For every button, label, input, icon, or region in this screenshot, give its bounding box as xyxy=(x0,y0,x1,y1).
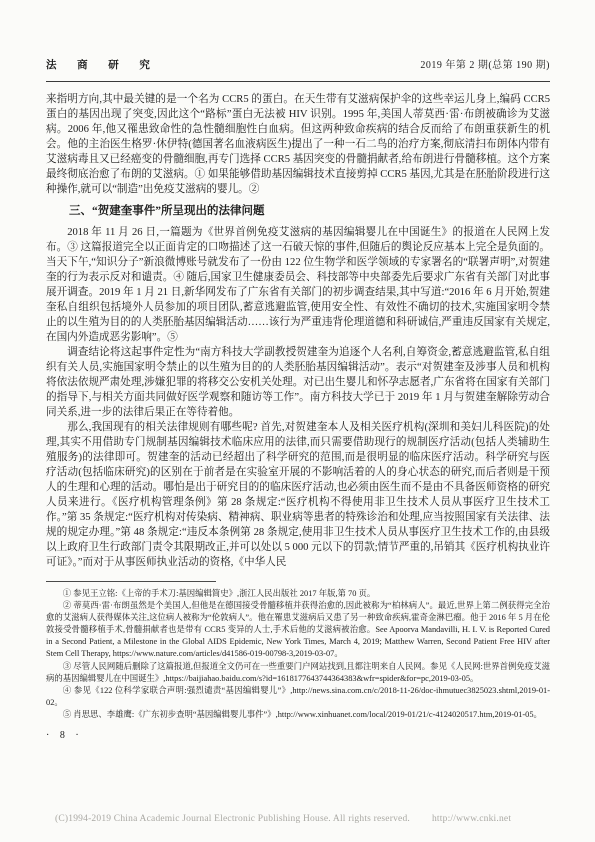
issue-info: 2019 年第 2 期(总第 190 期) xyxy=(420,56,550,71)
journal-title: 法 商 研 究 xyxy=(46,57,159,72)
body-paragraph: 2018 年 11 月 26 日,一篇题为《世界首例免疫艾滋病的基因编辑婴儿在中… xyxy=(46,225,550,345)
footnote: ⑤ 肖思思、李雄鹰:《广东初步查明“基因编辑婴儿事件”》,http://www.… xyxy=(46,709,550,721)
copyright-line: (C)1994-2019 China Academic Journal Elec… xyxy=(55,814,511,824)
body-paragraph: 调查结论将这起事件定性为“南方科技大学副教授贺建奎为追逐个人名利,自筹资金,蓄意… xyxy=(46,345,550,420)
footnote: ④ 参见《122 位科学家联合声明:强烈谴责“基因编辑婴儿”》,http://n… xyxy=(46,685,550,709)
footnote: ② 蒂莫西·雷·布朗虽然是个美国人,但他是在德国接受骨髓移植并获得治愈的,因此被… xyxy=(46,600,550,660)
body-paragraph-continuation: 来指明方向,其中最关键的是一个名为 CCR5 的蛋白。在天生带有艾滋病保护伞的这… xyxy=(46,92,550,197)
footnote-separator xyxy=(46,581,216,582)
page-header: 法 商 研 究 2019 年第 2 期(总第 190 期) xyxy=(46,56,550,72)
journal-page: 法 商 研 究 2019 年第 2 期(总第 190 期) 来指明方向,其中最关… xyxy=(0,0,595,842)
section-heading: 三、“贺建奎事件”所呈现出的法律问题 xyxy=(46,204,550,219)
footnote: ① 参见王立铭:《上帝的手术刀:基因编辑简史》,浙江人民出版社 2017 年版,… xyxy=(46,588,550,600)
page-number: · 8 · xyxy=(46,730,550,741)
body-paragraph: 那么,我国现有的相关法律规则有哪些呢? 首先,对贺建奎本人及相关医疗机构(深圳和… xyxy=(46,420,550,570)
copyright-notice: (C)1994-2019 China Academic Journal Elec… xyxy=(55,814,410,824)
page-content: 法 商 研 究 2019 年第 2 期(总第 190 期) 来指明方向,其中最关… xyxy=(46,56,550,741)
article-body: 来指明方向,其中最关键的是一个名为 CCR5 的蛋白。在天生带有艾滋病保护伞的这… xyxy=(46,92,550,570)
header-rule xyxy=(46,81,550,82)
copyright-url: http://www.cnki.net xyxy=(432,814,511,824)
footnote: ③ 尽管人民网随后删除了这篇报道,但报道全文仍可在一些重要门户网站找到,且都注明… xyxy=(46,661,550,685)
footnotes-section: ① 参见王立铭:《上帝的手术刀:基因编辑简史》,浙江人民出版社 2017 年版,… xyxy=(46,588,550,721)
